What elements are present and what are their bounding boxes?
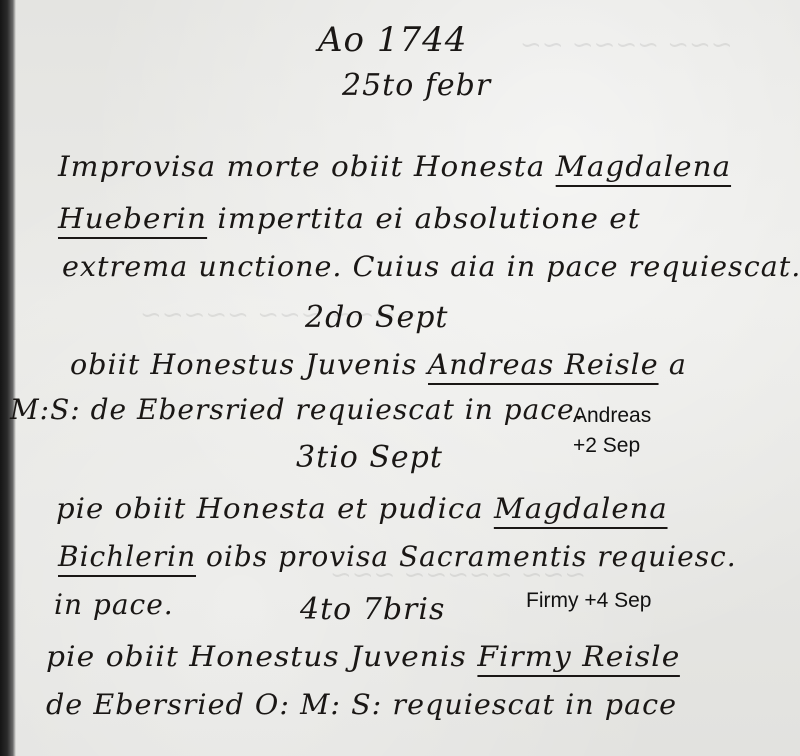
- entry-text: Improvisa morte obiit Honesta: [58, 150, 556, 183]
- deceased-surname: Hueberin: [58, 202, 207, 239]
- entry-2-line-2: M:S: de Ebersried requiescat in pace.: [10, 393, 584, 426]
- annotation-name: Andreas: [573, 403, 651, 428]
- entry-text: obiit Honestus Juvenis: [70, 348, 428, 381]
- deceased-name: Magdalena: [556, 150, 732, 187]
- entry-3-date: 3tio Sept: [296, 440, 443, 475]
- entry-4-line-2: de Ebersried O: M: S: requiescat in pace: [46, 688, 677, 721]
- entry-text: pie obiit Honesta et pudica: [56, 492, 494, 525]
- deceased-name: Andreas Reisle: [428, 348, 659, 385]
- year-heading: Ao 1744: [318, 20, 467, 60]
- entry-2-date: 2do Sept: [305, 300, 448, 335]
- entry-text: pie obiit Honestus Juvenis: [46, 640, 477, 673]
- entry-text: impertita ei absolutione et: [207, 202, 641, 235]
- entry-4-line-1: pie obiit Honestus Juvenis Firmy Reisle: [46, 640, 680, 673]
- entry-text: M:S: de Ebersried requiescat in pace.: [10, 393, 584, 426]
- book-binding-edge: [0, 0, 16, 756]
- entry-4-date: 4to 7bris: [300, 592, 445, 627]
- annotation-andreas: Andreas +2 Sep: [573, 403, 651, 458]
- entry-text: oibs provisa Sacramentis requiesc.: [196, 540, 736, 573]
- deceased-name: Firmy Reisle: [477, 640, 680, 677]
- manuscript-page: ~~~ ~~~~ ~~ ~~~~ ~~~ ~~~~~ ~~~ ~~~~~ ~~~…: [0, 0, 800, 756]
- entry-1-line-1: Improvisa morte obiit Honesta Magdalena: [58, 150, 731, 183]
- entry-text: de Ebersried O: M: S: requiescat in pace: [46, 688, 677, 721]
- deceased-surname: Bichlerin: [58, 540, 196, 577]
- entry-1-line-3: extrema unctione. Cuius aia in pace requ…: [62, 250, 800, 283]
- entry-2-line-1: obiit Honestus Juvenis Andreas Reisle a: [70, 348, 687, 381]
- entry-3-line-1: pie obiit Honesta et pudica Magdalena: [56, 492, 668, 525]
- entry-3-line-3: in pace.: [54, 588, 174, 621]
- entry-3-line-2: Bichlerin oibs provisa Sacramentis requi…: [58, 540, 737, 573]
- entry-text: in pace.: [54, 588, 174, 621]
- annotation-date: +2 Sep: [573, 433, 651, 458]
- entry-text: extrema unctione. Cuius aia in pace requ…: [62, 250, 800, 283]
- entry-text: a: [659, 348, 687, 381]
- entry-1-line-2: Hueberin impertita ei absolutione et: [58, 202, 641, 235]
- deceased-name: Magdalena: [494, 492, 668, 529]
- annotation-firmy: Firmy +4 Sep: [526, 588, 651, 613]
- bleed-through-text: ~~~ ~~~~ ~~: [520, 30, 733, 60]
- entry-1-date: 25to febr: [342, 68, 491, 103]
